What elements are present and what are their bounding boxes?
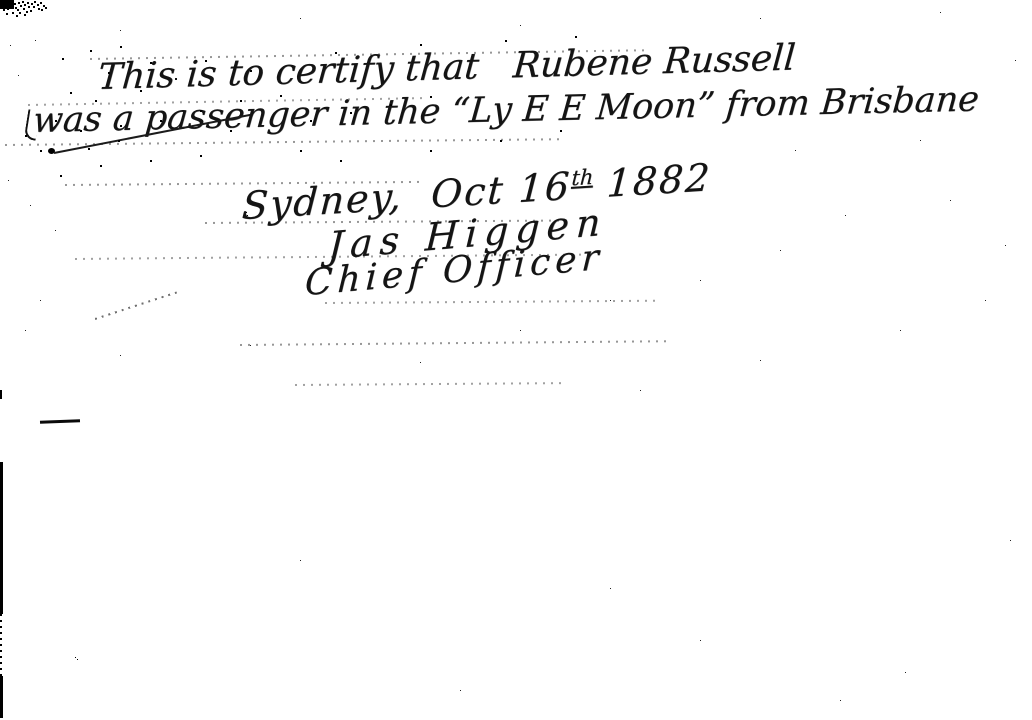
left-edge-bar (0, 462, 3, 614)
left-edge-tick (0, 390, 2, 399)
scanned-document-page: This is to certify that Rubene Russell w… (0, 0, 1032, 720)
ruled-line (325, 300, 655, 304)
diagonal-dotted-streak (95, 290, 181, 320)
speckle-noise-sparse (0, 0, 1, 1)
ruled-line (295, 382, 565, 386)
date-year: 1882 (591, 155, 712, 207)
date-ordinal: th (571, 165, 594, 190)
left-edge-bar-dotted (0, 614, 2, 676)
left-edge-bar (0, 676, 3, 718)
ruled-line (240, 340, 670, 346)
corner-stain-artifact (0, 0, 14, 9)
short-dash-artifact (40, 419, 80, 423)
